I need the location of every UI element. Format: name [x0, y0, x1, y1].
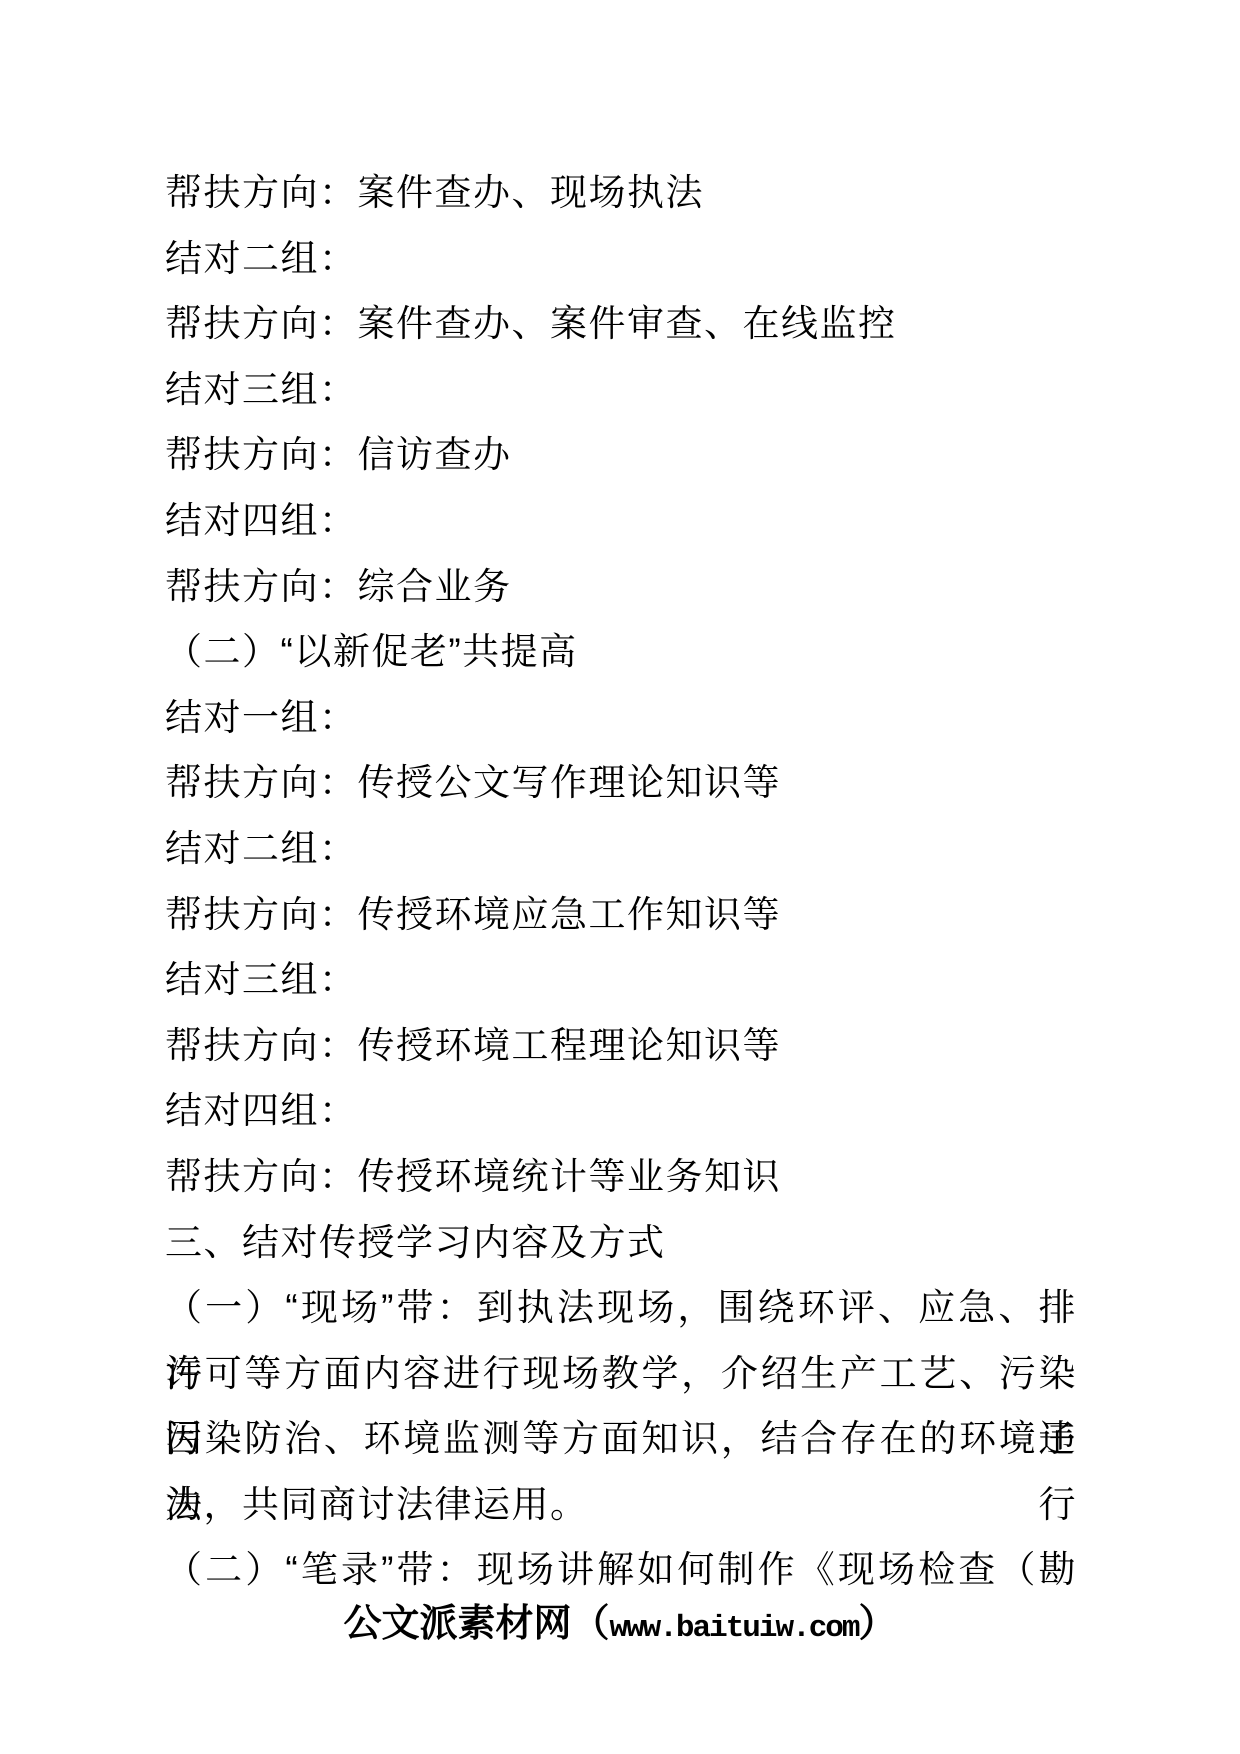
document-page: 帮扶方向：案件查办、现场执法 结对二组： 帮扶方向：案件查办、案件审查、在线监控…	[0, 0, 1240, 1754]
document-paragraph-line: 污染防治、环境监测等方面知识，结合存在的环境违法行	[165, 1406, 1077, 1472]
page-footer: 公文派素材网（www.baituiw.com）	[0, 1594, 1240, 1654]
document-paragraph-line: （一）“现场”带：到执法现场，围绕环评、应急、排污	[165, 1275, 1077, 1341]
footer-close-paren: ）	[859, 1603, 897, 1645]
document-line: 帮扶方向：传授公文写作理论知识等	[165, 750, 1077, 816]
document-line: 帮扶方向：传授环境统计等业务知识	[165, 1144, 1077, 1210]
document-line: 结对三组：	[165, 357, 1077, 423]
document-line: 帮扶方向：案件查办、案件审查、在线监控	[165, 291, 1077, 357]
document-line: 结对二组：	[165, 226, 1077, 292]
document-section-heading: 三、结对传授学习内容及方式	[165, 1210, 1077, 1276]
document-line: 帮扶方向：综合业务	[165, 554, 1077, 620]
document-line: 结对四组：	[165, 1078, 1077, 1144]
document-line: 帮扶方向：案件查办、现场执法	[165, 160, 1077, 226]
document-line: 结对四组：	[165, 488, 1077, 554]
document-section-heading: （二）“以新促老”共提高	[165, 619, 1077, 685]
document-line: 结对二组：	[165, 816, 1077, 882]
document-line: 帮扶方向：传授环境工程理论知识等	[165, 1013, 1077, 1079]
document-body: 帮扶方向：案件查办、现场执法 结对二组： 帮扶方向：案件查办、案件审查、在线监控…	[165, 160, 1077, 1603]
document-line: 结对一组：	[165, 685, 1077, 751]
document-line: 帮扶方向：信访查办	[165, 422, 1077, 488]
footer-url: www.baituiw.com	[609, 1611, 858, 1646]
document-line: 结对三组：	[165, 947, 1077, 1013]
footer-site-name: 公文派素材网（	[343, 1603, 609, 1645]
document-paragraph-line: 许可等方面内容进行现场教学，介绍生产工艺、污染因子	[165, 1341, 1077, 1407]
document-line: 帮扶方向：传授环境应急工作知识等	[165, 882, 1077, 948]
